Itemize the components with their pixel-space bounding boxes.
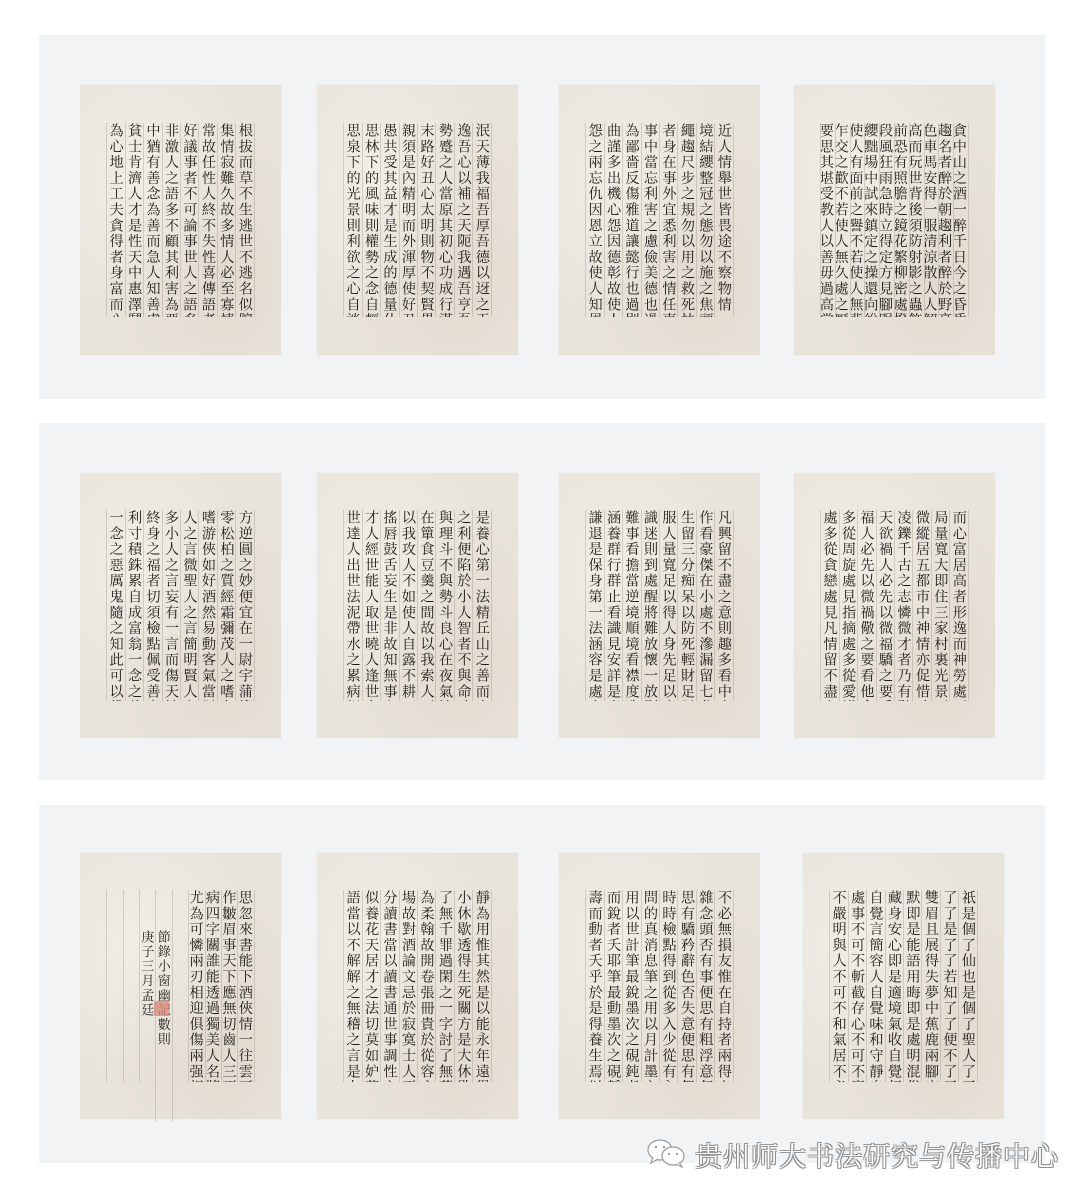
text-column: 微縱居五都市中神情亦促惜寸陰者乃有 <box>913 510 931 701</box>
text-column: 與理斗不與勢斗良心在夜氣清明之候真情 <box>436 510 454 701</box>
text-block: 靜為用惟其然是以能永年遠得名利關方是小休歇透得生死關方是大休歇拙之一字免了無千罪… <box>343 890 492 1082</box>
text-block: 是養心第一法精丘山之善而未為君子貪絲毫之利便陷於小人智者不與命斗不與法斗不與理斗… <box>343 510 492 701</box>
text-column: 怨之兩忘仇因恩立故使人知恩不若恩仇之俱 <box>586 123 604 317</box>
text-column: 靜為用惟其然是以能永年遠得名利關方是 <box>473 890 491 1082</box>
text-column: 纓黜場中試來鎮定之操還向紛紜境上勘過 <box>865 123 880 317</box>
text-block: 而心富居高者形逸而神勞處下者形勞而神逸局量寬大即住三家村裏光景不拘智識卑微縱居五… <box>820 510 969 701</box>
text-column: 雜念頭否有事便思有粗浮意氣否得意便 <box>697 890 715 1082</box>
text-column: 以我攻人不如使人自露不耕而食不織而衣 <box>400 510 418 701</box>
text-column: 為心地上工夫貪得者身富而心貧知足者身貧 <box>107 123 125 317</box>
text-column: 凡興留不盡之意則趣多看中人在大處不走 <box>715 510 733 701</box>
text-column: 凌鑠千古之志憐微才者乃有馳驅豪傑之心 <box>895 510 913 701</box>
text-column: 病四字關誰能透過獨美人名將老病之狀 <box>206 890 222 1082</box>
text-column: 集情寂難久故多情人必至寡情性自有 <box>218 123 236 317</box>
text-column: 近人情舉世皆畏途不察物情一生俱夢 <box>715 123 733 317</box>
text-column: 時時檢點得到從多入少從有入無處才是學 <box>660 890 678 1082</box>
row-panel-1: 根拔而草不生逃世不逃名似膻存而蚋還集情寂難久故多情人必至寡情性自有常故任性人終不… <box>39 35 1045 399</box>
calligraphy-page: 是養心第一法精丘山之善而未為君子貪絲毫之利便陷於小人智者不與命斗不與法斗不與理斗… <box>317 473 518 738</box>
text-column: 尤為可憐兩刃相迎俱傷兩强相敵俱敗 <box>189 890 205 1082</box>
text-column: 場故對酒論文忌於寂寞士人不當以世事 <box>400 890 418 1082</box>
text-column: 生留三分痴呆以防死輕財足以聚人律己足以 <box>678 510 696 701</box>
calligraphy-page: 而心富居高者形逸而神勞處下者形勞而神逸局量寬大即住三家村裏光景不拘智識卑微縱居五… <box>794 473 995 738</box>
text-column: 而銳者夭耶筆最動墨次之硯靜者也豈非靜者 <box>605 890 623 1082</box>
text-column: 之利便陷於小人智者不與命斗不與法斗不 <box>455 510 473 701</box>
text-column: 藏身安心即是適境氣收自覺怒平神斂 <box>886 890 904 1082</box>
text-column: 境結纓整冠之態勿以施之焦頭爛額之時 <box>697 123 715 317</box>
text-column: 思林下的風味則權勢之念自輕世途雖紛華常 <box>363 123 381 317</box>
text-column: 方逆圓之妙便宜在一尉宇蒲柳之姿望秋而 <box>236 510 254 701</box>
text-column: 作看豪傑在小處不滲漏留七分正經以度 <box>697 510 715 701</box>
row-panel-3: 思忽來書能下酒俠情一往雲可贈人平生不作皺眉事天下應無切齒人三不得道生死老病四字關… <box>39 805 1045 1163</box>
text-column: 處事不可不斬截存心不可不寬舒持己不可 <box>849 890 867 1082</box>
text-column: 搖唇鼓舌妄生是非故知無事之人好為生事 <box>381 510 399 701</box>
calligraphy-page: 凡興留不盡之意則趣多看中人在大處不走作看豪傑在小處不滲漏留七分正經以度生留三分痴… <box>559 473 760 738</box>
text-column: 默即是能語用晦即是處明混俗即是 <box>904 890 922 1082</box>
text-column: 段風狂雨急時立得定方見腳跟恍渝之守須從 <box>880 123 895 317</box>
text-column: 似養花天居才之法切莫如妒花雨會心之 <box>363 890 381 1082</box>
text-column: 了了是了了若知了了便不了了憂疑蓋底弓蛇 <box>941 890 959 1082</box>
wechat-icon <box>645 1138 689 1172</box>
text-column: 使人有面前之譽不若使人無背後之毀使人有 <box>851 123 866 317</box>
text-column: 利寸積銖累自成富翁一念之善吉神隨之 <box>126 510 144 701</box>
text-column: 才人經世能人取世曉人逢世名人垂世高人玩 <box>363 510 381 701</box>
text-column: 乍交之歡不若使人無久處之厭攻人之惡毋太嚴 <box>836 123 851 317</box>
text-column: 人之言微聖人之言簡明賢人之言明眾人之言 <box>181 510 199 701</box>
watermark: 贵州师大书法研究与传播中心 <box>645 1135 1059 1174</box>
text-column: 曲謹多出機心怨因德彰故使人德我不若德 <box>605 123 623 317</box>
text-column: 中猶有善念為善而急人知善處即是惡根 <box>144 123 162 317</box>
text-column: 多從周旋處見指摘處多從愛護處見艱難 <box>840 510 858 701</box>
text-column: 一念之惡厲鬼隨之知此可以役使鬼神佛 <box>107 510 125 701</box>
text-block: 思忽來書能下酒俠情一往雲可贈人平生不作皺眉事天下應無切齒人三不得道生死老病四字關… <box>106 890 255 1082</box>
blank-column <box>173 890 189 1082</box>
calligraphy-page-colophon: 思忽來書能下酒俠情一往雲可贈人平生不作皺眉事天下應無切齒人三不得道生死老病四字關… <box>80 853 281 1119</box>
text-column: 不必無損友惟在自持者兩得之無事便思有閑 <box>715 890 733 1082</box>
text-column: 思泉下的光景則利欲之心自淡了心自了事猶 <box>344 123 362 317</box>
text-column: 天欲禍人必先以微福驕之要看他會受天欲 <box>877 510 895 701</box>
text-column: 難事看擔當逆境順境看襟度臨喜臨怒看 <box>623 510 641 701</box>
text-column: 不嚴明與人不可不和氣居不必無惡鄰會 <box>830 890 848 1082</box>
row-panel-2: 方逆圓之妙便宜在一尉宇蒲柳之姿望秋而零松柏之質經霜彌茂人之嗜名節嗜文章嗜游俠如好… <box>39 423 1045 780</box>
blank-column <box>124 890 140 1082</box>
text-column: 涵養群行群止看識見安詳是處事第一法 <box>605 510 623 701</box>
calligraphy-page: 方逆圓之妙便宜在一尉宇蒲柳之姿望秋而零松柏之質經霜彌茂人之嗜名節嗜文章嗜游俠如好… <box>80 473 281 738</box>
calligraphy-page: 根拔而草不生逃世不逃名似膻存而蚋還集情寂難久故多情人必至寡情性自有常故任性人終不… <box>80 85 281 355</box>
text-column: 嗜游俠如好酒然易動客氣當以德消之神 <box>199 510 217 701</box>
text-block: 近人情舉世皆畏途不察物情一生俱夢境結纓整冠之態勿以施之焦頭爛額之時繩趨尺步之規勿… <box>585 123 734 317</box>
text-column: 作皺眉事天下應無切齒人三不得道生死老 <box>222 890 238 1082</box>
text-column: 了無千罪過閑之一字討了無萬便宜書畫 <box>436 890 454 1082</box>
text-column: 色車馬安得一服清涼散人人解醒集醒第一偽才 <box>925 123 940 317</box>
text-column: 趨名者醉於朝趨利者醉於野豪者醉於聲 <box>939 123 954 317</box>
text-column: 逸吾心以補之天阨我遇吾亨吾道以通之事窮 <box>455 123 473 317</box>
calligraphy-page: 靜為用惟其然是以能永年遠得名利關方是小休歇透得生死關方是大休歇拙之一字免了無千罪… <box>317 853 518 1119</box>
calligraphy-page: 貪中山之酒一醉千日今之昏昏逐逐無一日不醉趨名者醉於朝趨利者醉於野豪者醉於聲色車馬… <box>794 85 995 355</box>
calligraphy-page: 近人情舉世皆畏途不察物情一生俱夢境結纓整冠之態勿以施之焦頭爛額之時繩趨尺步之規勿… <box>559 85 760 355</box>
text-column: 常故任性人終不失性喜傳語者不可與語 <box>199 123 217 317</box>
text-column: 問的真消息筆之用以月計墨之用以歲計硯之 <box>642 890 660 1082</box>
text-column: 祇是個了仙也是個了聖人了了不知了不知 <box>959 890 977 1082</box>
text-column: 語當以不解解之無稽之言是在不聽聽耳佳 <box>344 890 362 1082</box>
text-column: 思有驕矜辭色否失意便思有怨望情懷否 <box>678 890 696 1082</box>
text-column: 思忽來書能下酒俠情一往雲可贈人平生不 <box>238 890 254 1082</box>
calligraphy-page: 祇是個了仙也是個了聖人了了不知了不知了了是了了若知了了便不了了憂疑蓋底弓蛇雙眉且… <box>803 853 1004 1119</box>
text-block: 泯天薄我福吾厚吾德以迓之天勞我形吾逸吾心以補之天阨我遇吾亨吾道以通之事窮勢蹙之人… <box>343 123 492 317</box>
text-column: 分讀書當以讀書通世事調性之法須當 <box>381 890 399 1082</box>
text-column: 壽而動者夭乎於是得養生焉以鈍為體以 <box>586 890 604 1082</box>
text-column: 末路好丑心太明則物不契賢愚心明則人不 <box>418 123 436 317</box>
blank-column <box>107 890 123 1082</box>
calligraphy-page: 泯天薄我福吾厚吾德以迓之天勞我形吾逸吾心以補之天阨我遇吾亨吾道以通之事窮勢蹙之人… <box>317 85 518 355</box>
text-column: 終身之福者切須檢點佩受善言如市人求 <box>144 510 162 701</box>
text-column: 零松柏之質經霜彌茂人之嗜名節嗜文章 <box>218 510 236 701</box>
text-column: 愚共受其益才是生成的德量仕途雖赫奕常 <box>381 123 399 317</box>
text-column: 親須是內精明而外渾厚使好丑兩得其平賢 <box>400 123 418 317</box>
text-block: 不必無損友惟在自持者兩得之無事便思有閑雜念頭否有事便思有粗浮意氣否得意便思有驕矜… <box>585 890 734 1082</box>
text-column: 事中當忘利害之慮儉美德也過則為慳吝 <box>642 123 660 317</box>
text-block: 根拔而草不生逃世不逃名似膻存而蚋還集情寂難久故多情人必至寡情性自有常故任性人終不… <box>106 123 255 317</box>
text-block: 貪中山之酒一醉千日今之昏昏逐逐無一日不醉趨名者醉於朝趨利者醉於野豪者醉於聲色車馬… <box>820 123 969 317</box>
text-column: 根拔而草不生逃世不逃名似膻存而蚋還 <box>236 123 254 317</box>
text-column: 繩趨尺步之規勿以用之救死扶傷之日議事 <box>678 123 696 317</box>
red-seal-stamp <box>154 1001 169 1016</box>
text-column: 貪中山之酒一醉千日今之昏昏逐逐無一日不醉 <box>954 123 969 317</box>
text-column: 雙眉且展得失夢中蕉鹿兩腳空忙善 <box>922 890 940 1082</box>
text-column: 高而玩世背後須防射影之蟲飾厚究以欺人面 <box>910 123 925 317</box>
text-column: 福人必先以微禍儆之要看他會救世人破綻處 <box>858 510 876 701</box>
text-column: 識迷則到處醒將難放懷一放則萬境寬大事 <box>642 510 660 701</box>
text-column: 泯天薄我福吾厚吾德以迓之天勞我形吾 <box>473 123 491 317</box>
text-column: 者身在事外宜悉利害之情任事者身居 <box>660 123 678 317</box>
text-column: 貧士肯濟人才是性天中惠澤鬧場能篤學方 <box>126 123 144 317</box>
text-column: 多小人之言妄有一言而傷天地之和一事而折 <box>163 510 181 701</box>
text-column: 前恐有照膽之鏡花繁柳密處撥得開才是手 <box>895 123 910 317</box>
text-column: 服人量寬足以得人身先足以率人從極迷處 <box>660 510 678 701</box>
text-block: 祇是個了仙也是個了聖人了了不知了不知了了是了了若知了了便不了了憂疑蓋底弓蛇雙眉且… <box>829 890 978 1082</box>
text-column: 謙退是保身第一法涵容是處人第一法灑脫 <box>586 510 604 701</box>
text-column: 用以世計筆最銳墨次之硯鈍者也豈非鈍者 <box>623 890 641 1082</box>
text-column: 為柔翰故開卷張冊貴於從容文酒為歡 <box>418 890 436 1082</box>
text-column: 勢蹙之人當原其初心功成行滿之士要觀其 <box>436 123 454 317</box>
text-column: 局量寬大即住三家村裏光景不拘智識卑 <box>932 510 950 701</box>
text-column: 在簞食豆羹之間故以我索人不如使人自反 <box>418 510 436 701</box>
text-column: 要思其堪受教人以善毋過高當原其可從不 <box>821 123 836 317</box>
text-column: 世達人出世法泥帶水之累病根在一惡字隨 <box>344 510 362 701</box>
text-column: 好議事者不可論事世人之語多不論其是 <box>181 123 199 317</box>
text-column: 小休歇透得生死關方是大休歇拙之一字免 <box>455 890 473 1082</box>
text-block: 凡興留不盡之意則趣多看中人在大處不走作看豪傑在小處不滲漏留七分正經以度生留三分痴… <box>585 510 734 701</box>
text-column: 是養心第一法精丘山之善而未為君子貪絲毫 <box>473 510 491 701</box>
text-column: 非激人之語多不顧其利害為惡而畏人知惡 <box>163 123 181 317</box>
text-column: 處多從貪戀處見凡情留不盡之意則味深 <box>821 510 839 701</box>
text-column: 而心富居高者形逸而神勞處下者形勞而神逸 <box>950 510 968 701</box>
text-block: 方逆圓之妙便宜在一尉宇蒲柳之姿望秋而零松柏之質經霜彌茂人之嗜名節嗜文章嗜游俠如好… <box>106 510 255 701</box>
text-column: 為鄙嗇反傷雅道讓懿行也過則為足恭為 <box>623 123 641 317</box>
watermark-text: 贵州师大书法研究与传播中心 <box>695 1135 1059 1174</box>
calligraphy-page: 不必無損友惟在自持者兩得之無事便思有閑雜念頭否有事便思有粗浮意氣否得意便思有驕矜… <box>559 853 760 1119</box>
text-column: 自覺言簡容人自覺味和守靜自覺天寧 <box>867 890 885 1082</box>
